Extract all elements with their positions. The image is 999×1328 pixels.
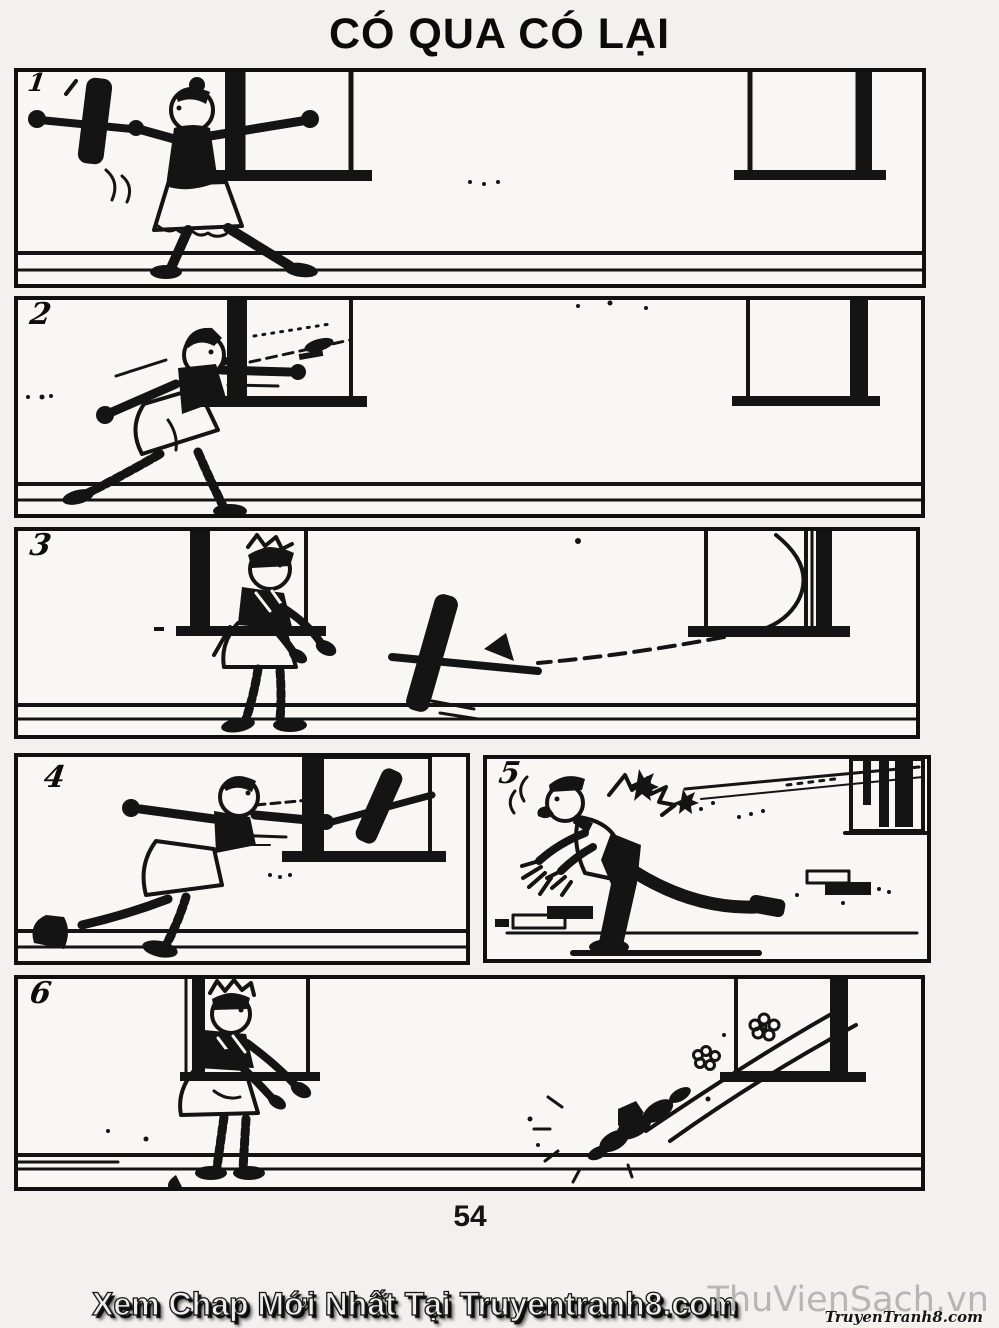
panel-6-number: 6 <box>28 979 53 1009</box>
panel-3: 3 <box>14 527 920 739</box>
flower-1 <box>750 1014 779 1040</box>
panel-3-number: 3 <box>28 531 53 561</box>
panel-1-number: 1 <box>26 70 47 95</box>
panel-5: 5 <box>483 755 931 963</box>
panel-2-number: 2 <box>28 300 53 330</box>
page-number: 54 <box>0 1200 940 1234</box>
panel-4: 4 <box>14 753 470 965</box>
panel-2-artwork <box>18 300 921 514</box>
watermark-truyentranh8-logo: TruyenTranh8.com <box>825 1308 983 1326</box>
panel-3-artwork <box>18 531 916 735</box>
panel-1: 1 <box>14 68 926 288</box>
panel-2: 2 <box>14 296 925 518</box>
flower-2 <box>694 1047 720 1070</box>
panel-6-artwork <box>18 979 921 1187</box>
panel-1-artwork <box>18 72 922 284</box>
panel-6: 6 <box>14 975 925 1191</box>
panel-4-number: 4 <box>42 763 67 793</box>
footer-banner-text: Xem Chap Mới Nhất Tại Truyentranh8.com <box>92 1286 737 1323</box>
panel-5-number: 5 <box>497 759 522 789</box>
panel-4-artwork <box>18 757 466 961</box>
page-title: CÓ QUA CÓ LẠI <box>0 10 999 59</box>
panel-5-artwork <box>487 759 927 959</box>
